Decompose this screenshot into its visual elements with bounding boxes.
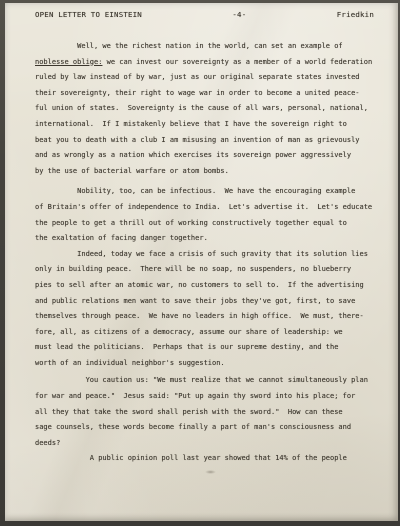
text-line: international. If I mistakenly believe t… (35, 117, 388, 133)
text-line: their sovereignty, their right to wage w… (35, 86, 388, 102)
text-segment: only in building peace. There will be no… (35, 265, 351, 273)
text-line: ruled by law instead of by war, just as … (35, 70, 388, 86)
text-line: deeds? (35, 436, 388, 452)
text-segment: of Britain's offer of independence to In… (35, 203, 372, 211)
text-line: only in building peace. There will be no… (35, 262, 388, 278)
text-segment: sage counsels, these words become finall… (35, 423, 351, 431)
text-line: You caution us: "We must realize that we… (35, 373, 388, 389)
text-line: themselves through peace. We have no lea… (35, 309, 388, 325)
text-line: sage counsels, these words become finall… (35, 420, 388, 436)
paragraph: You caution us: "We must realize that we… (35, 373, 388, 451)
text-segment: all they that take the sword shall peris… (35, 408, 343, 416)
text-segment: themselves through peace. We have no lea… (35, 312, 364, 320)
paragraph: A public opinion poll last year showed t… (35, 451, 388, 467)
text-segment: You caution us: "We must realize that we… (35, 376, 368, 384)
text-line: by the use of bacterial warfare or atom … (35, 164, 388, 180)
paragraph: Indeed, today we face a crisis of such g… (35, 247, 388, 372)
text-line: all they that take the sword shall peris… (35, 405, 388, 421)
text-segment: deeds? (35, 439, 60, 447)
text-segment: Nobility, too, can be infectious. We hav… (35, 187, 355, 195)
scanned-page-background: { "document": { "header": { "title": "OP… (0, 0, 400, 526)
text-segment: A public opinion poll last year showed t… (35, 454, 347, 462)
header-title: OPEN LETTER TO EINSTEIN (35, 10, 142, 19)
text-line: worth of an individual neighbor's sugges… (35, 356, 388, 372)
text-segment: must lead the politicians. Perhaps that … (35, 343, 338, 351)
text-line: for war and peace." Jesus said: "Put up … (35, 389, 388, 405)
text-line: and public relations men want to save th… (35, 294, 388, 310)
text-line: must lead the politicians. Perhaps that … (35, 340, 388, 356)
text-line: the people to get a thrill out of workin… (35, 216, 388, 232)
text-segment: and as wrongly as a nation which exercis… (35, 151, 351, 159)
text-line: of Britain's offer of independence to In… (35, 200, 388, 216)
text-segment: for war and peace." Jesus said: "Put up … (35, 392, 355, 400)
text-segment: worth of an individual neighbor's sugges… (35, 359, 225, 367)
text-line: fore, all, as citizens of a democracy, a… (35, 325, 388, 341)
text-segment: ful union of states. Sovereignty is the … (35, 104, 368, 112)
page-header: OPEN LETTER TO EINSTEIN -4- Friedkin (35, 10, 374, 19)
text-line: and as wrongly as a nation which exercis… (35, 148, 388, 164)
text-segment: the exaltation of facing danger together… (35, 234, 208, 242)
typed-text: Well, we the richest nation in the world… (35, 39, 388, 467)
text-line: Well, we the richest nation in the world… (35, 39, 388, 55)
underlined-phrase: noblesse oblige: (35, 58, 102, 66)
text-segment: ruled by law instead of by war, just as … (35, 73, 360, 81)
text-segment: Indeed, today we face a crisis of such g… (35, 250, 368, 258)
text-segment: we can invest our sovereignty as a membe… (102, 58, 372, 66)
author-name: Friedkin (337, 10, 374, 19)
paragraph: Well, we the richest nation in the world… (35, 39, 388, 179)
text-segment: and public relations men want to save th… (35, 297, 355, 305)
ink-smudge (205, 470, 216, 474)
text-line: beat you to death with a club I am misus… (35, 133, 388, 149)
page-number: -4- (232, 10, 246, 19)
text-line: ful union of states. Sovereignty is the … (35, 101, 388, 117)
text-segment: international. If I mistakenly believe t… (35, 120, 347, 128)
text-segment: pies to sell after an atomic war, no cus… (35, 281, 364, 289)
text-line: Nobility, too, can be infectious. We hav… (35, 184, 388, 200)
text-line: the exaltation of facing danger together… (35, 231, 388, 247)
text-line: Indeed, today we face a crisis of such g… (35, 247, 388, 263)
text-segment: Well, we the richest nation in the world… (35, 42, 343, 50)
text-segment: by the use of bacterial warfare or atom … (35, 167, 229, 175)
paragraph: Nobility, too, can be infectious. We hav… (35, 184, 388, 246)
text-segment: beat you to death with a club I am misus… (35, 136, 360, 144)
text-segment: the people to get a thrill out of workin… (35, 219, 347, 227)
text-line: A public opinion poll last year showed t… (35, 451, 388, 467)
text-segment: their sovereignty, their right to wage w… (35, 89, 360, 97)
document-page: OPEN LETTER TO EINSTEIN -4- Friedkin Wel… (5, 3, 398, 521)
text-line: pies to sell after an atomic war, no cus… (35, 278, 388, 294)
text-line: noblesse oblige: we can invest our sover… (35, 55, 388, 71)
text-segment: fore, all, as citizens of a democracy, a… (35, 328, 343, 336)
